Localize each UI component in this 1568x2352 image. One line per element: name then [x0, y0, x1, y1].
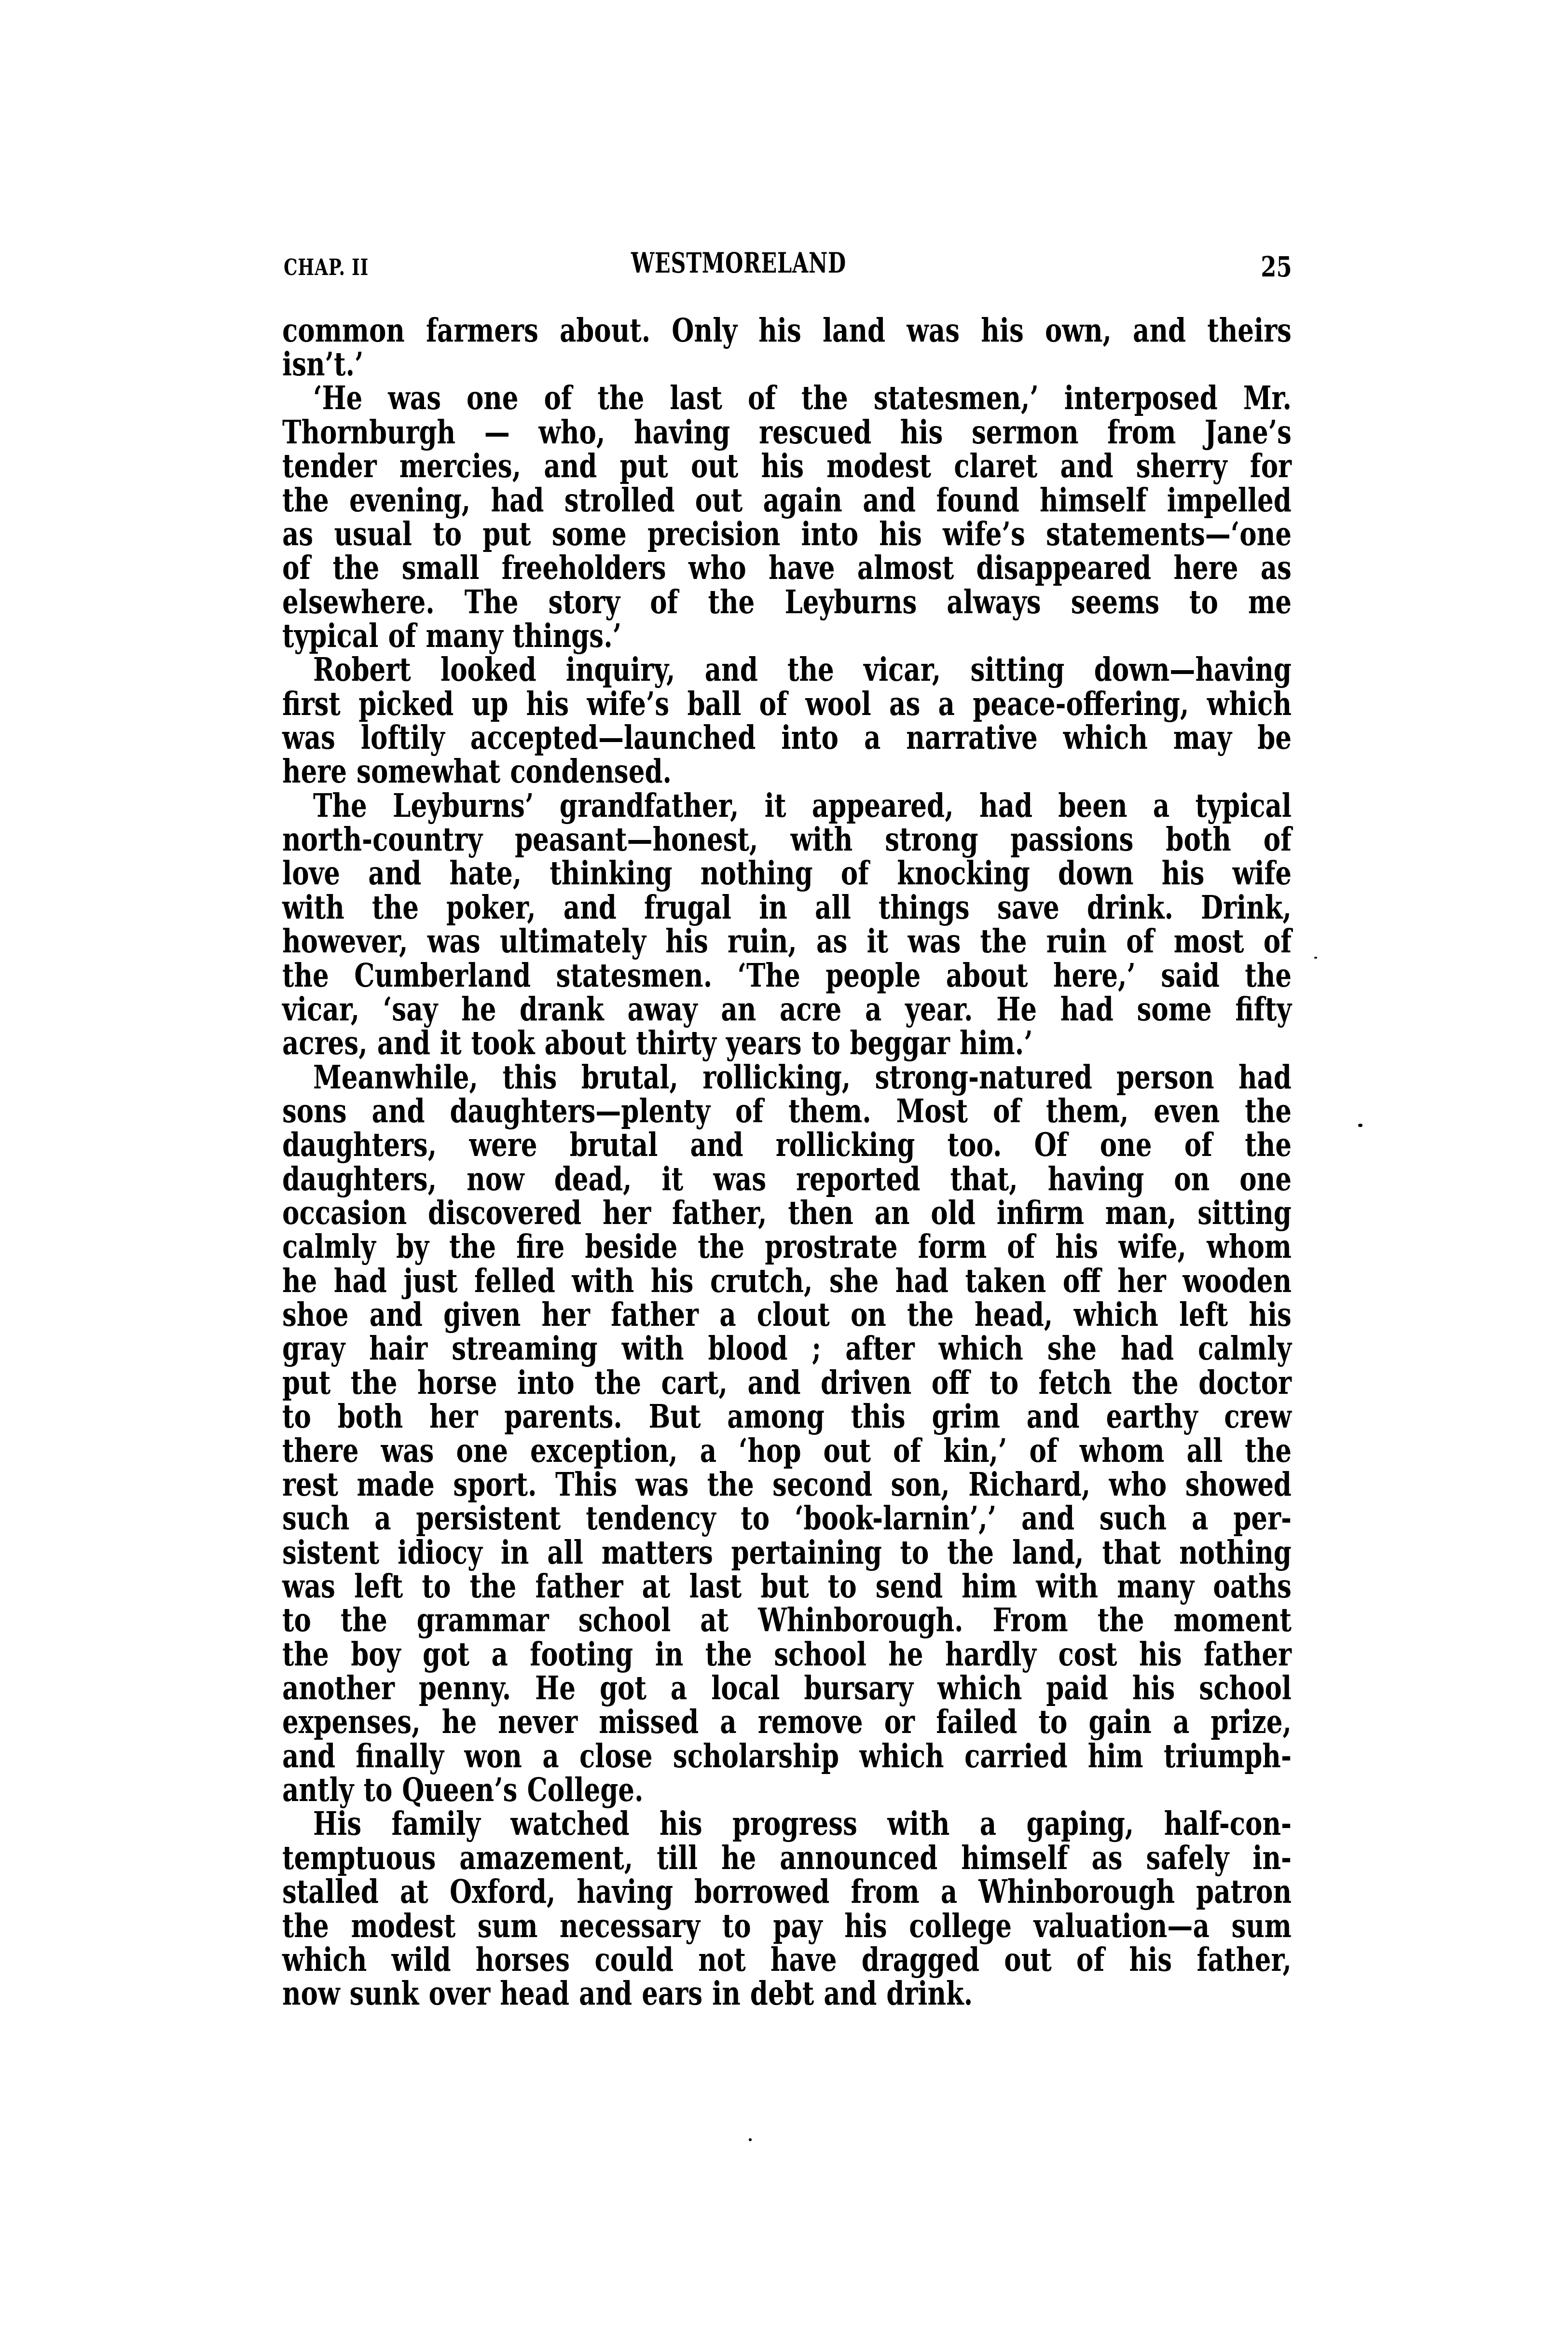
text-line: of the small freeholders who have almost…	[282, 551, 1292, 585]
text-line: expenses, he never missed a remove or fa…	[282, 1705, 1292, 1739]
text-line: to both her parents. But among this grim…	[282, 1400, 1292, 1433]
text-line: occasion discovered her father, then an …	[282, 1196, 1292, 1230]
text-line: north-country peasant—honest, with stron…	[282, 823, 1292, 856]
text-line: was loftily accepted—launched into a nar…	[282, 721, 1292, 755]
text-line: here somewhat condensed.	[282, 755, 1292, 788]
text-line: isn’t.’	[282, 347, 1292, 381]
text-line: Thornburgh — who, having rescued his ser…	[282, 415, 1292, 449]
text-line: Meanwhile, this brutal, rollicking, stro…	[282, 1060, 1292, 1094]
scan-speck	[1358, 1124, 1362, 1127]
text-line: such a persistent tendency to ‘book-larn…	[282, 1501, 1292, 1535]
text-line: as usual to put some precision into his …	[282, 517, 1292, 551]
text-line: sistent idiocy in all matters pertaining…	[282, 1536, 1292, 1569]
text-line: the evening, had strolled out again and …	[282, 483, 1292, 517]
text-line: ‘He was one of the last of the statesmen…	[282, 381, 1292, 415]
text-line: His family watched his progress with a g…	[282, 1807, 1292, 1841]
text-line: daughters, now dead, it was reported tha…	[282, 1162, 1292, 1196]
text-line: daughters, were brutal and rollicking to…	[282, 1128, 1292, 1162]
text-line: The Leyburns’ grandfather, it appeared, …	[282, 789, 1292, 823]
text-line: calmly by the fire beside the prostrate …	[282, 1230, 1292, 1264]
text-line: vicar, ‘say he drank away an acre a year…	[282, 992, 1292, 1026]
text-line: however, was ultimately his ruin, as it …	[282, 924, 1292, 958]
text-line: put the horse into the cart, and driven …	[282, 1366, 1292, 1400]
running-title: WESTMORELAND	[631, 247, 846, 279]
page-number: 25	[1261, 250, 1292, 283]
text-line: first picked up his wife’s ball of wool …	[282, 687, 1292, 721]
running-head: CHAP. II WESTMORELAND 25	[284, 244, 1292, 282]
text-line: common farmers about. Only his land was …	[282, 314, 1292, 347]
scan-speck	[1314, 957, 1317, 959]
text-line: sons and daughters—plenty of them. Most …	[282, 1094, 1292, 1128]
text-line: tender mercies, and put out his modest c…	[282, 449, 1292, 483]
text-line: the Cumberland statesmen. ‘The people ab…	[282, 959, 1292, 992]
text-line: rest made sport. This was the second son…	[282, 1468, 1292, 1501]
text-line: now sunk over head and ears in debt and …	[282, 1977, 1292, 2010]
text-line: to the grammar school at Whinborough. Fr…	[282, 1603, 1292, 1637]
text-line: temptuous amazement, till he announced h…	[282, 1841, 1292, 1875]
text-line: Robert looked inquiry, and the vicar, si…	[282, 653, 1292, 687]
text-line: antly to Queen’s College.	[282, 1773, 1292, 1807]
text-line: shoe and given her father a clout on the…	[282, 1298, 1292, 1332]
text-line: with the poker, and frugal in all things…	[282, 891, 1292, 924]
text-line: elsewhere. The story of the Leyburns alw…	[282, 585, 1292, 619]
text-line: the boy got a footing in the school he h…	[282, 1637, 1292, 1671]
book-page: CHAP. II WESTMORELAND 25 common farmers …	[0, 0, 1568, 2352]
text-line: there was one exception, a ‘hop out of k…	[282, 1434, 1292, 1468]
text-line: was left to the father at last but to se…	[282, 1569, 1292, 1603]
text-line: love and hate, thinking nothing of knock…	[282, 856, 1292, 890]
text-line: and finally won a close scholarship whic…	[282, 1739, 1292, 1773]
text-line: acres, and it took about thirty years to…	[282, 1026, 1292, 1060]
text-line: he had just felled with his crutch, she …	[282, 1264, 1292, 1298]
chapter-label: CHAP. II	[284, 254, 369, 280]
text-line: gray hair streaming with blood ; after w…	[282, 1332, 1292, 1365]
text-line: which wild horses could not have dragged…	[282, 1943, 1292, 1977]
text-line: the modest sum necessary to pay his coll…	[282, 1909, 1292, 1943]
text-line: another penny. He got a local bursary wh…	[282, 1671, 1292, 1705]
scan-speck	[749, 2138, 752, 2141]
text-line: stalled at Oxford, having borrowed from …	[282, 1875, 1292, 1909]
text-line: typical of many things.’	[282, 619, 1292, 653]
